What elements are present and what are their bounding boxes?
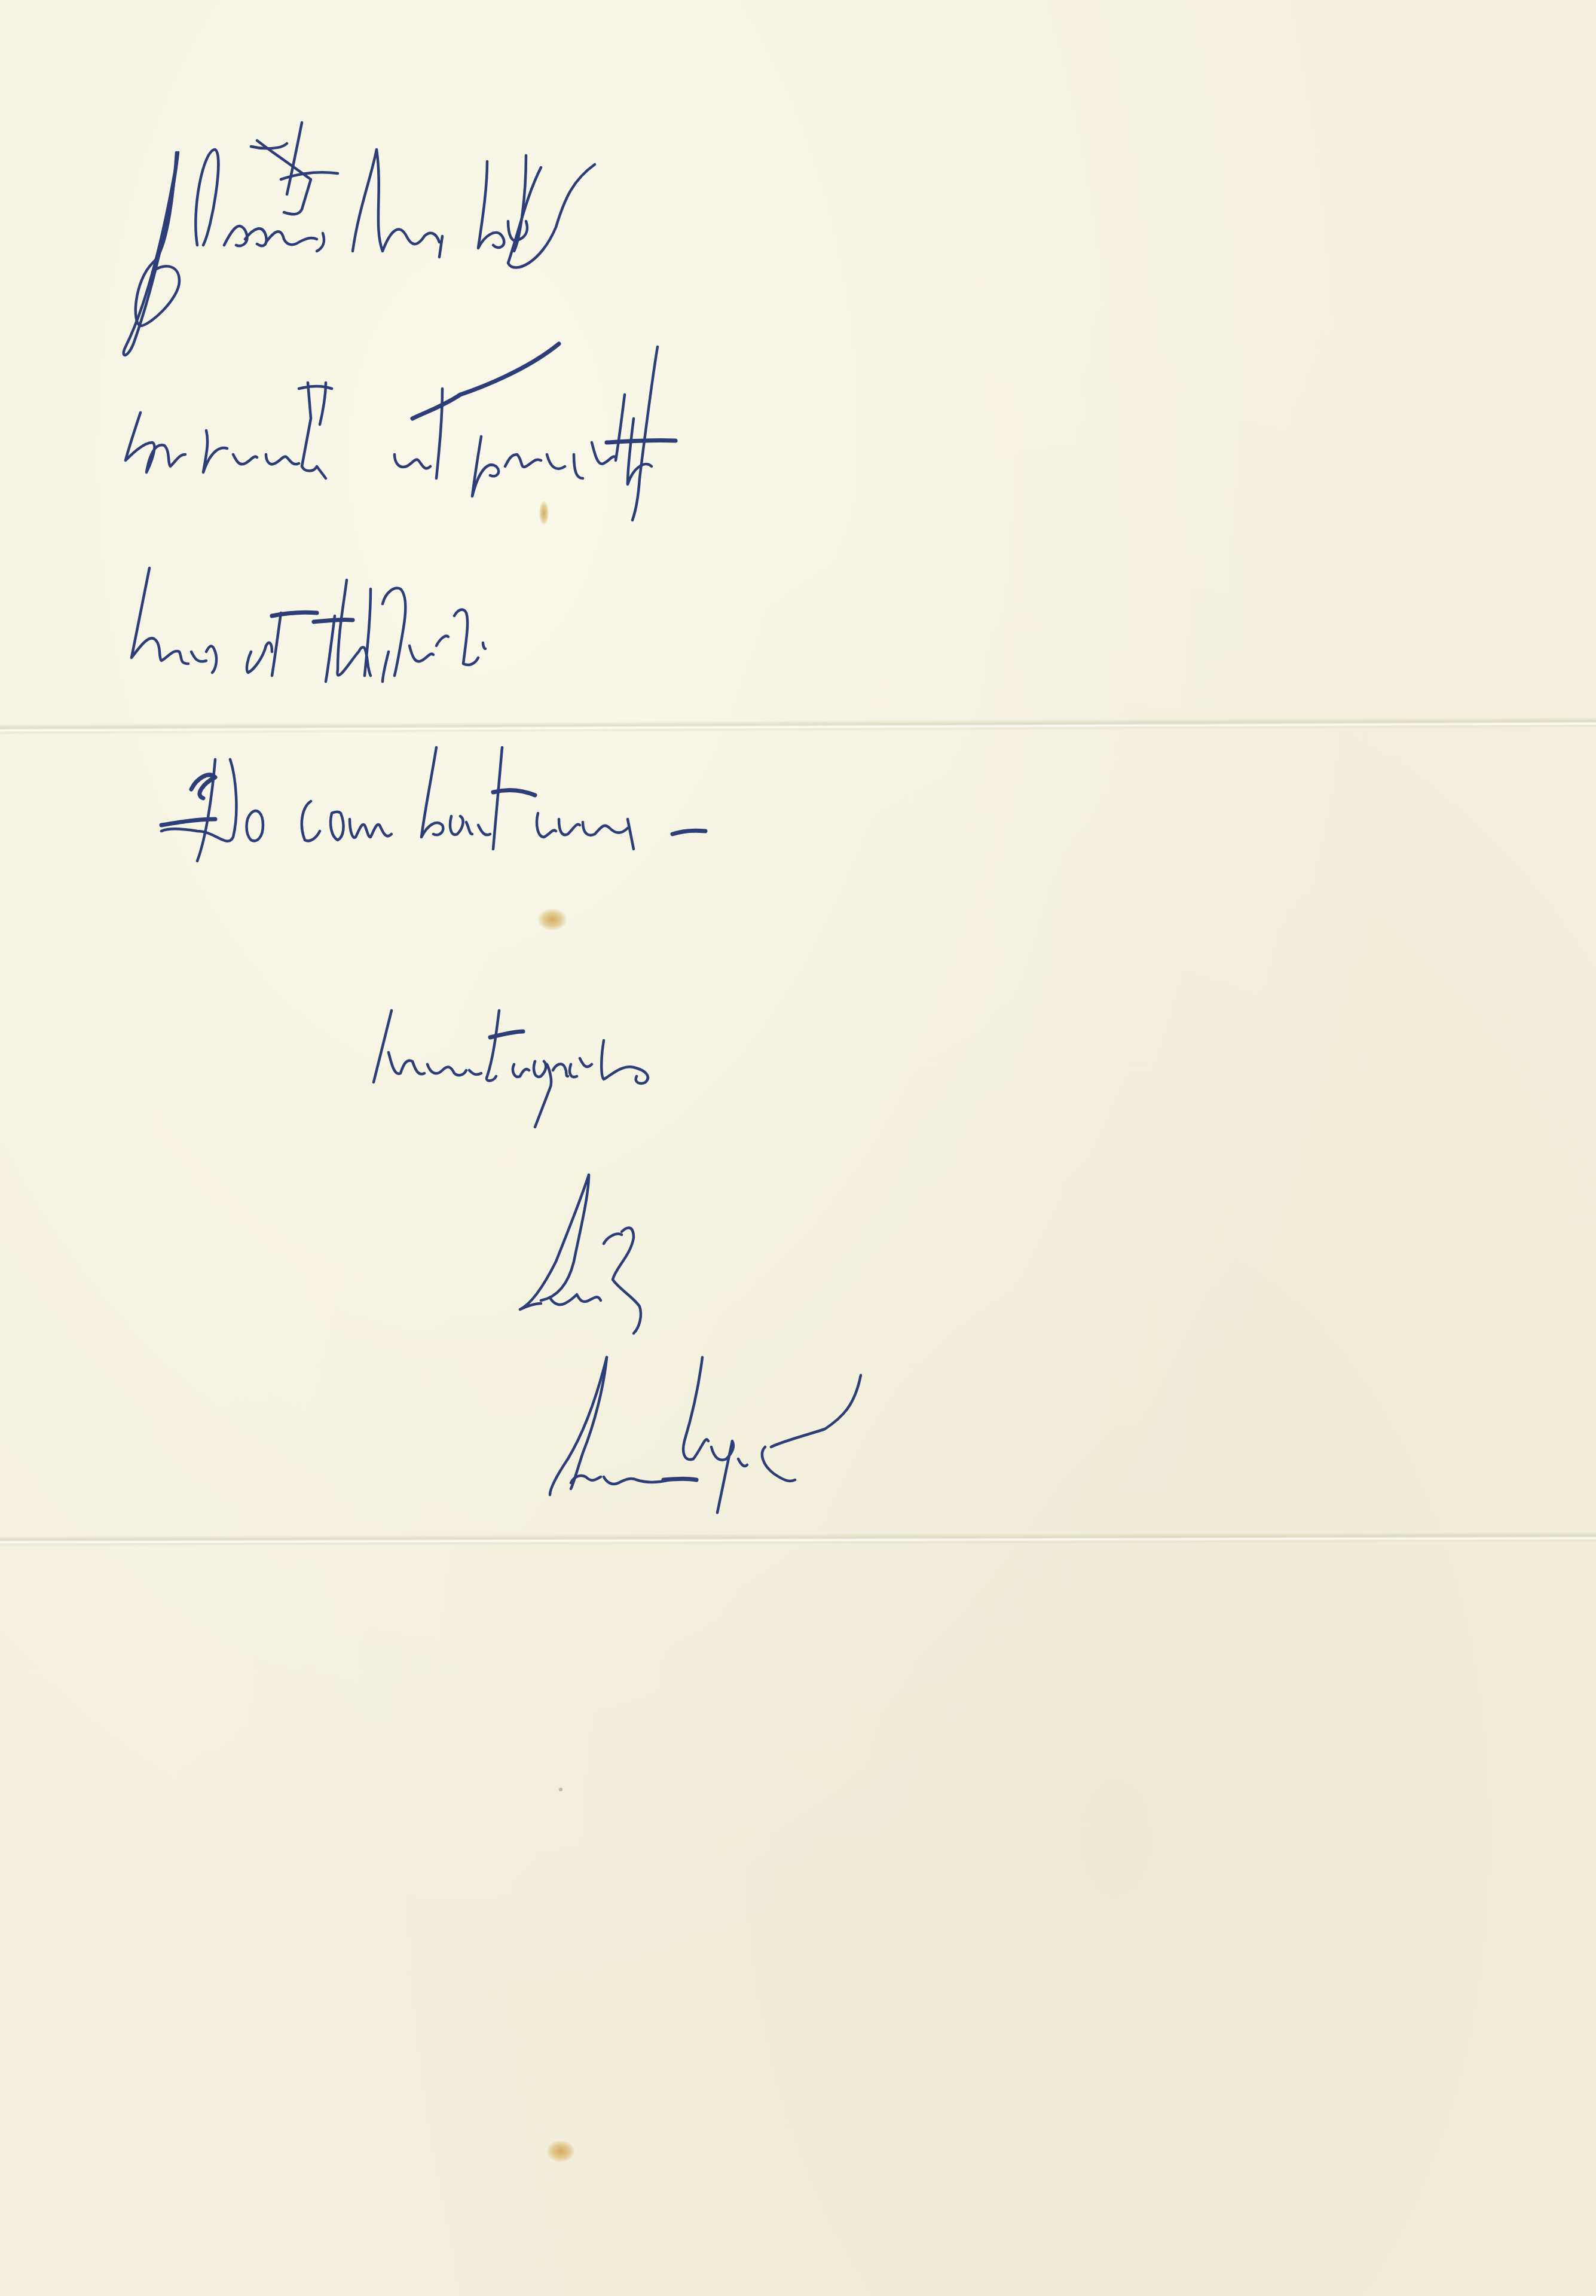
letter-page: pleasure to have both your sister and yo… [0, 0, 1596, 2296]
handwritten-line-3 [132, 568, 485, 682]
handwritten-line-1 [124, 123, 595, 355]
handwritten-line-4 [161, 747, 705, 861]
handwritten-line-5 [374, 1010, 648, 1127]
handwriting-ink [0, 0, 1596, 2296]
handwritten-signature [550, 1357, 861, 1513]
handwritten-line-2 [126, 344, 675, 520]
handwritten-signoff [520, 1175, 641, 1333]
